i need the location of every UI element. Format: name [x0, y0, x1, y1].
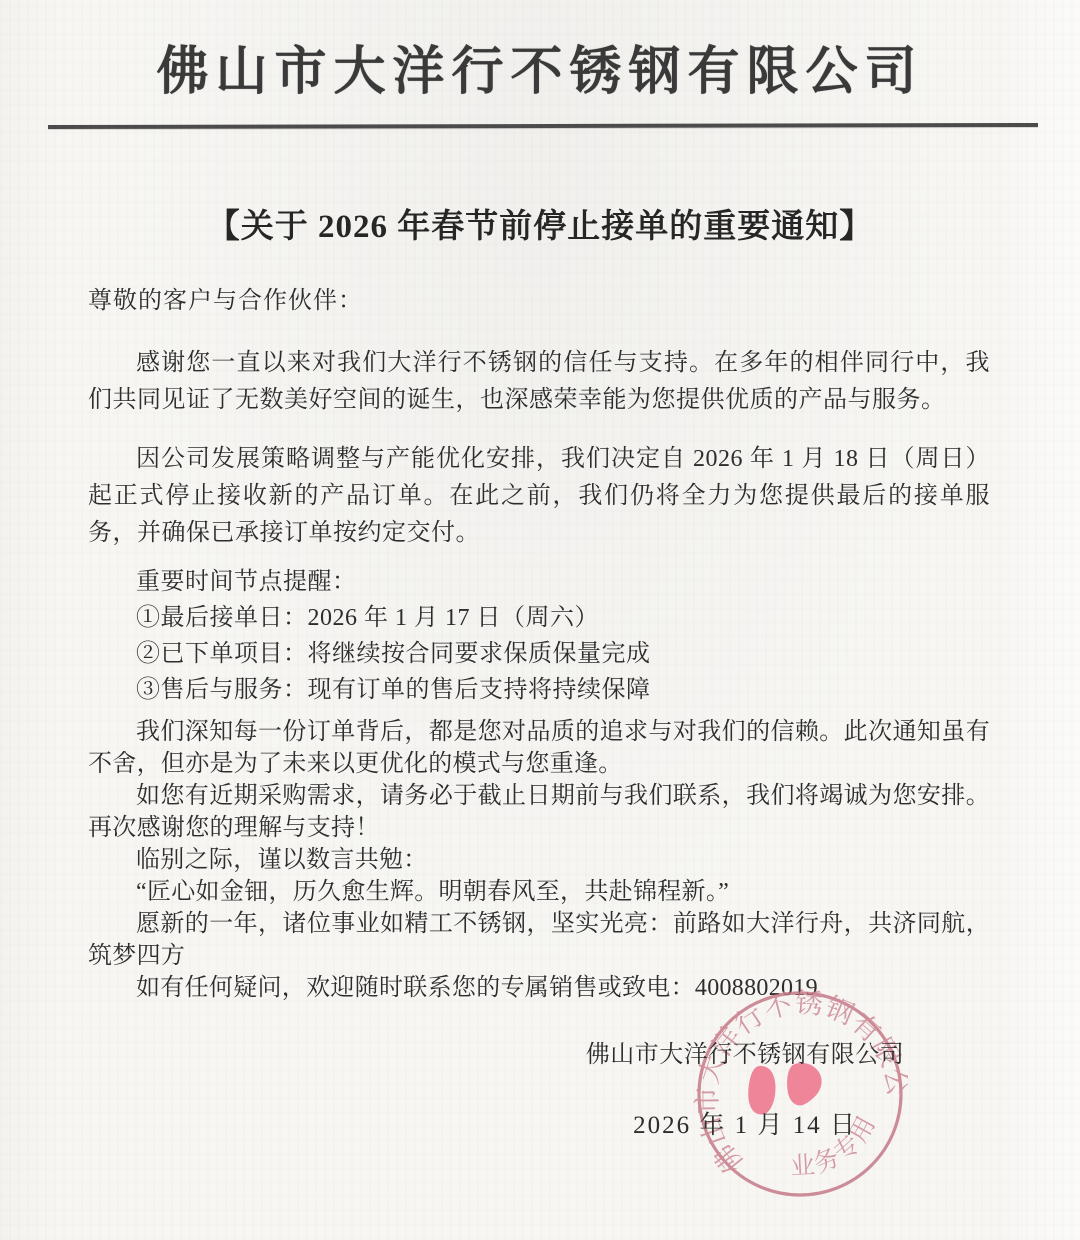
salutation: 尊敬的客户与合作伙伴：: [88, 284, 990, 318]
closing-paragraph-contact-before-deadline: 如您有近期采购需求，请务必于截止日期前与我们联系，我们将竭诚为您安排。再次感谢您…: [88, 780, 990, 844]
timeline-section: 重要时间节点提醒： ①最后接单日：2026 年 1 月 17 日（周六） ②已下…: [88, 564, 990, 708]
timeline-item-last-order-day: ①最后接单日：2026 年 1 月 17 日（周六）: [88, 600, 990, 636]
notice-title: 【关于 2026 年春节前停止接单的重要通知】: [0, 204, 1080, 250]
timeline-item-existing-projects: ②已下单项目：将继续按合同要求保质保量完成: [88, 636, 990, 672]
scanned-letter-page: 佛山市大洋行不锈钢有限公司 【关于 2026 年春节前停止接单的重要通知】 尊敬…: [0, 0, 1080, 1240]
timeline-item-after-sales: ③售后与服务：现有订单的售后支持将持续保障: [88, 672, 990, 708]
paragraph-thanks: 感谢您一直以来对我们大洋行不锈钢的信任与支持。在多年的相伴同行中，我们共同见证了…: [88, 345, 990, 419]
letterhead-divider-rule: [48, 123, 1038, 129]
closing-section: 我们深知每一份订单背后，都是您对品质的追求与对我们的信赖。此次通知虽有不舍，但亦…: [88, 716, 990, 1004]
timeline-heading: 重要时间节点提醒：: [88, 564, 990, 600]
signature-block: 佛山市大洋行不锈钢有限公司 2026 年 1 月 14 日: [575, 1034, 915, 1141]
closing-paragraph-farewell-intro: 临别之际，谨以数言共勉：: [88, 844, 990, 876]
signature-date: 2026 年 1 月 14 日: [575, 1105, 915, 1141]
letterhead-company-name: 佛山市大洋行不锈钢有限公司: [0, 0, 1080, 104]
paragraph-stop-orders: 因公司发展策略调整与产能优化安排，我们决定自 2026 年 1 月 18 日（周…: [88, 441, 990, 552]
closing-quote-line: “匠心如金钿，历久愈生辉。明朝春风至，共赴锦程新。”: [88, 876, 990, 908]
signature-company-name: 佛山市大洋行不锈钢有限公司: [575, 1034, 915, 1069]
closing-paragraph-gratitude: 我们深知每一份订单背后，都是您对品质的追求与对我们的信赖。此次通知虽有不舍，但亦…: [88, 716, 990, 780]
closing-paragraph-new-year-wish: 愿新的一年，诸位事业如精工不锈钢，坚实光亮：前路如大洋行舟，共济同航，筑梦四方: [88, 908, 990, 972]
letter-body: 尊敬的客户与合作伙伴： 感谢您一直以来对我们大洋行不锈钢的信任与支持。在多年的相…: [88, 284, 990, 1004]
